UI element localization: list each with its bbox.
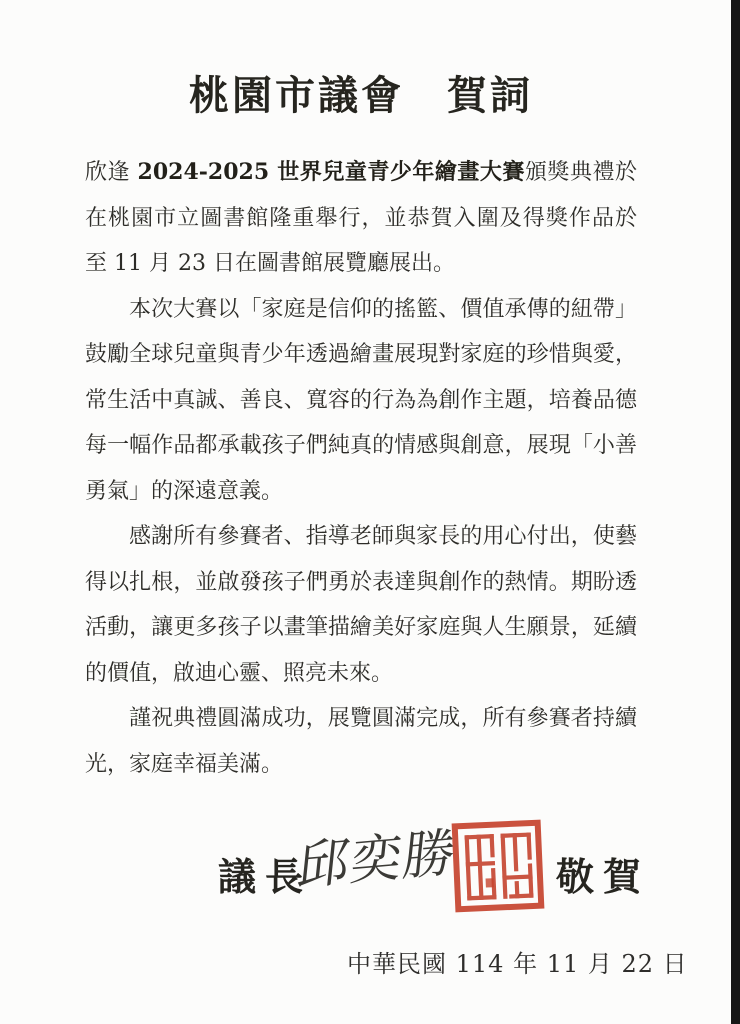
body-line: 光，家庭幸福美滿。 (85, 742, 637, 788)
body-text-segment: 在桃園市立圖書館隆重舉行，並恭賀入圍及得獎作品於 11 月 6 日 (85, 206, 637, 242)
body-line: 常生活中真誠、善良、寬容的行為為創作主題，培養品德與美感。 (85, 378, 637, 424)
closing-salutation-label: 敬賀 (556, 846, 650, 901)
body-line: 勇氣」的深遠意義。 (85, 469, 637, 515)
body-text-segment: 感謝所有參賽者、指導老師與家長的用心付出，使藝術教育 (129, 524, 637, 560)
body-line: 每一幅作品都承載孩子們純真的情感與創意，展現「小善行，大 (85, 423, 637, 469)
body-line: 本次大賽以「家庭是信仰的搖籃、價值承傳的紐帶」為宗旨， (85, 287, 637, 333)
body-text-segment: 光，家庭幸福美滿。 (85, 752, 283, 777)
scanner-edge-artifact (731, 0, 740, 1024)
official-red-seal-stamp-icon (450, 818, 546, 914)
body-text-segment: 鼓勵全球兒童與青少年透過繪畫展現對家庭的珍惜與愛，並以日 (85, 342, 637, 378)
body-text-segment: 得以扎根，並啟發孩子們勇於表達與創作的熱情。期盼透過這項 (85, 570, 637, 606)
body-text-segment: 2024-2025 世界兒童青少年繪畫大賽 (138, 159, 525, 185)
body-text-segment: 勇氣」的深遠意義。 (85, 479, 283, 504)
body-text-segment: 謹祝典禮圓滿成功，展覽圓滿完成，所有參賽者持續創意發 (129, 706, 637, 742)
body-text-segment: 至 11 月 23 日在圖書館展覽廳展出。 (85, 251, 455, 276)
body-line: 在桃園市立圖書館隆重舉行，並恭賀入圍及得獎作品於 11 月 6 日 (85, 196, 637, 242)
body-line: 得以扎根，並啟發孩子們勇於表達與創作的熱情。期盼透過這項 (85, 560, 637, 606)
date-line: 中華民國 114 年 11 月 22 日 (347, 944, 688, 979)
body-line: 感謝所有參賽者、指導老師與家長的用心付出，使藝術教育 (85, 514, 637, 560)
body-text-segment: 的價值，啟迪心靈、照亮未來。 (85, 661, 393, 686)
body-line: 至 11 月 23 日在圖書館展覽廳展出。 (85, 241, 637, 287)
body-text-segment: 欣逢 (85, 160, 138, 185)
scanned-letter-page: 桃園市議會 賀詞 欣逢 2024-2025 世界兒童青少年繪畫大賽頒獎典禮於 1… (0, 0, 740, 1024)
body-line: 謹祝典禮圓滿成功，展覽圓滿完成，所有參賽者持續創意發 (85, 696, 637, 742)
body-text-segment: 常生活中真誠、善良、寬容的行為為創作主題，培養品德與美感。 (85, 388, 637, 424)
body-text-segment: 本次大賽以「家庭是信仰的搖籃、價值承傳的紐帶」為宗旨， (129, 297, 637, 333)
body-text-segment: 活動，讓更多孩子以畫筆描繪美好家庭與人生願景，延續愛與善 (85, 615, 637, 651)
body-line: 鼓勵全球兒童與青少年透過繪畫展現對家庭的珍惜與愛，並以日 (85, 332, 637, 378)
body-text-segment: 每一幅作品都承載孩子們純真的情感與創意，展現「小善行，大 (85, 433, 637, 469)
body-line: 欣逢 2024-2025 世界兒童青少年繪畫大賽頒獎典禮於 11 月 22 日 (85, 150, 637, 196)
letter-body: 欣逢 2024-2025 世界兒童青少年繪畫大賽頒獎典禮於 11 月 22 日在… (85, 150, 637, 787)
letter-title: 桃園市議會 賀詞 (85, 64, 637, 121)
body-line: 活動，讓更多孩子以畫筆描繪美好家庭與人生願景，延續愛與善 (85, 605, 637, 651)
speaker-handwritten-signature: 邱奕勝 (294, 810, 460, 900)
body-line: 的價值，啟迪心靈、照亮未來。 (85, 651, 637, 697)
